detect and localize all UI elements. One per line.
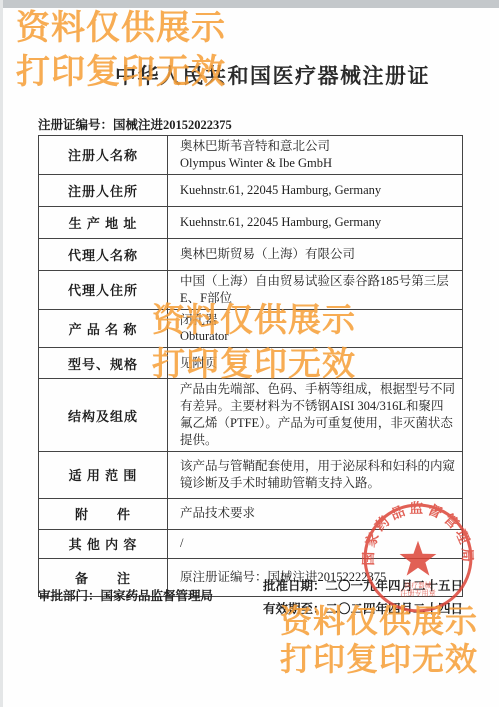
row-label: 其 他 内 容 bbox=[39, 529, 168, 558]
row-value: 奥林巴斯贸易（上海）有限公司 bbox=[168, 238, 463, 270]
watermark-line: 资料仅供展示 bbox=[16, 6, 226, 50]
row-label: 代理人名称 bbox=[39, 238, 168, 270]
approval-department: 审批部门：国家药品监督管理局 bbox=[38, 586, 213, 604]
row-label: 生 产 地 址 bbox=[39, 206, 168, 238]
row-value: 产品由先端部、色码、手柄等组成，根据型号不同有差异。主要材料为不锈钢AISI 3… bbox=[168, 379, 463, 452]
seal-star-icon bbox=[400, 541, 437, 576]
table-row-registrant-address: 注册人住所 Kuehnstr.61, 22045 Hamburg, German… bbox=[39, 174, 463, 206]
row-label: 结构及组成 bbox=[39, 379, 168, 452]
table-row-production-address: 生 产 地 址 Kuehnstr.61, 22045 Hamburg, Germ… bbox=[39, 206, 463, 238]
row-value: 奥林巴斯苇音特和意北公司 Olympus Winter & Ibe GmbH bbox=[168, 136, 463, 175]
table-row-agent-name: 代理人名称 奥林巴斯贸易（上海）有限公司 bbox=[39, 238, 463, 270]
seal-sub-text-2: 注册专用章 bbox=[400, 589, 436, 598]
row-value: 该产品与管鞘配套使用，用于泌尿科和妇科的内窥镜诊断及手术时辅助管鞘支持入路。 bbox=[168, 451, 463, 498]
registration-number-value: 国械注进20152022375 bbox=[113, 118, 232, 132]
watermark-top: 资料仅供展示 打印复印无效 bbox=[16, 6, 226, 94]
row-label: 附 件 bbox=[39, 498, 168, 529]
row-label: 型号、规格 bbox=[39, 348, 168, 379]
watermark-line: 打印复印无效 bbox=[152, 342, 356, 386]
row-value: Kuehnstr.61, 22045 Hamburg, Germany bbox=[168, 174, 463, 206]
watermark-line: 资料仅供展示 bbox=[152, 298, 356, 342]
watermark-line: 打印复印无效 bbox=[280, 640, 478, 678]
row-label: 产 品 名 称 bbox=[39, 309, 168, 348]
watermark-line: 打印复印无效 bbox=[16, 50, 226, 94]
watermark-line: 资料仅供展示 bbox=[280, 602, 478, 640]
table-row-registrant-name: 注册人名称 奥林巴斯苇音特和意北公司 Olympus Winter & Ibe … bbox=[39, 136, 463, 175]
table-row-structure-composition: 结构及组成 产品由先端部、色码、手柄等组成，根据型号不同有差异。主要材料为不锈钢… bbox=[39, 379, 463, 452]
row-label: 注册人住所 bbox=[39, 174, 168, 206]
official-seal: 国家药品监督管理局 医疗器械 注册专用章 bbox=[361, 501, 475, 615]
row-value: Kuehnstr.61, 22045 Hamburg, Germany bbox=[168, 206, 463, 238]
approval-date-label: 批准日期： bbox=[263, 579, 326, 593]
scan-edge-left bbox=[0, 0, 3, 707]
registration-number-line: 注册证编号：国械注进20152022375 bbox=[38, 115, 232, 133]
registration-number-label: 注册证编号： bbox=[38, 118, 113, 132]
watermark-middle: 资料仅供展示 打印复印无效 bbox=[152, 298, 356, 386]
row-label: 注册人名称 bbox=[39, 136, 168, 175]
row-label: 代理人住所 bbox=[39, 270, 168, 309]
row-label: 适 用 范 围 bbox=[39, 451, 168, 498]
seal-sub-text-1: 医疗器械 bbox=[405, 581, 432, 590]
table-row-intended-use: 适 用 范 围 该产品与管鞘配套使用，用于泌尿科和妇科的内窥镜诊断及手术时辅助管… bbox=[39, 451, 463, 498]
watermark-bottom: 资料仅供展示 打印复印无效 bbox=[280, 602, 478, 678]
